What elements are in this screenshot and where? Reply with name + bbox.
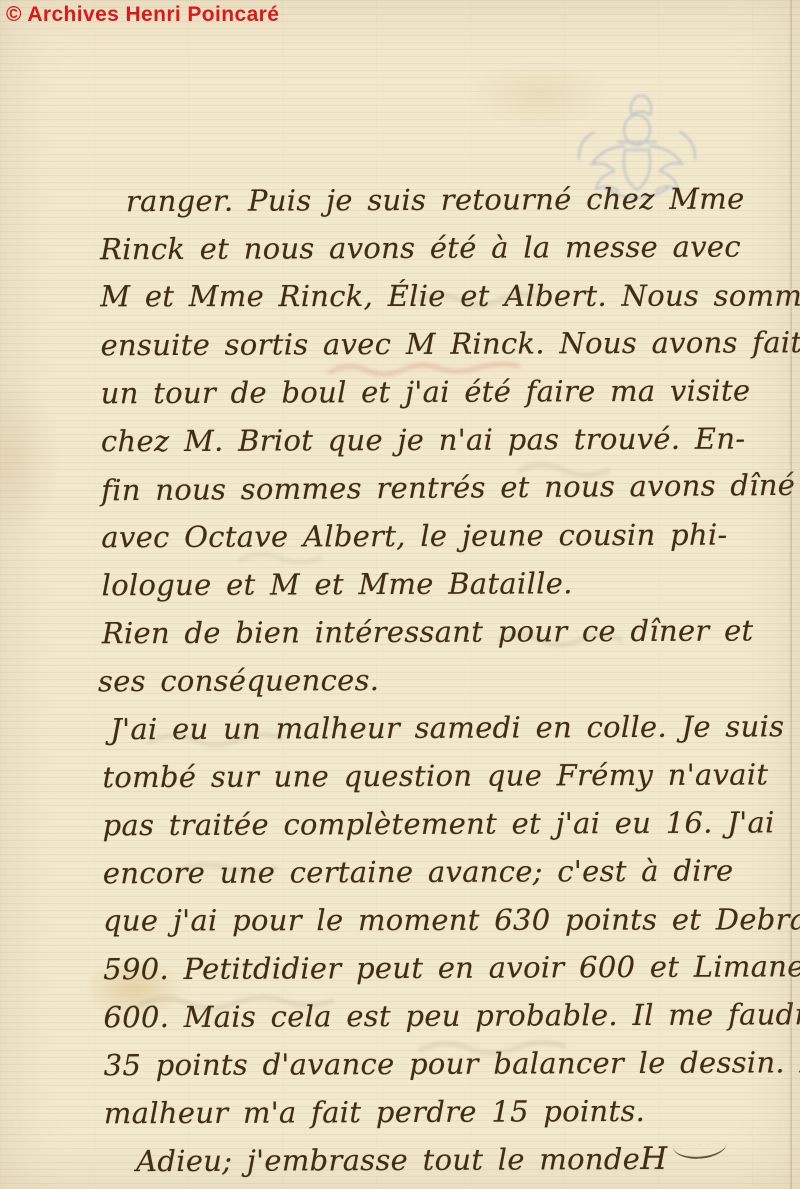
manuscript-line: J'ai eu un malheur samedi en colle. Je s… (0, 702, 800, 753)
closing-text: Adieu; j'embrasse tout le monde (136, 1135, 640, 1185)
manuscript-line: encore une certaine avance; c'est à dire (1, 846, 800, 897)
manuscript-line: ses conséquences. (0, 654, 800, 705)
letter-scan: © Archives Henri Poincaré (0, 0, 800, 1189)
manuscript-line: fin nous sommes rentrés et nous avons dî… (0, 461, 799, 515)
manuscript-line: chez M. Briot que je n'ai pas trouvé. En… (0, 414, 799, 465)
manuscript-line: ensuite sortis avec M Rinck. Nous avons … (0, 318, 799, 369)
signature-flourish (673, 1143, 728, 1161)
manuscript-line: 35 points d'avance pour balancer le dess… (2, 1038, 800, 1089)
manuscript-line: lologue et M et Mme Bataille. (0, 558, 800, 609)
manuscript-closing-line: Adieu; j'embrasse tout le monde H (2, 1134, 800, 1185)
manuscript-line: que j'ai pour le moment 630 points et De… (1, 895, 800, 944)
manuscript-line: malheur m'a fait perdre 15 points. (2, 1086, 800, 1137)
manuscript-line: M et Mme Rinck, Élie et Albert. Nous som… (0, 272, 798, 321)
paper-fold-line (789, 0, 792, 1189)
manuscript-text: ranger. Puis je suis retourné chez Mme R… (0, 174, 800, 1185)
manuscript-line: pas traitée complètement et j'ai eu 16. … (1, 798, 800, 849)
manuscript-line: 600. Mais cela est peu probable. Il me f… (1, 990, 800, 1041)
manuscript-line: un tour de boul et j'ai été faire ma vis… (0, 366, 799, 417)
manuscript-line: Rien de bien intéressant pour ce dîner e… (0, 606, 800, 657)
manuscript-line: 590. Petitdidier peut en avoir 600 et Li… (1, 942, 800, 993)
manuscript-line: avec Octave Albert, le jeune cousin phi- (0, 510, 799, 561)
manuscript-line: Rinck et nous avons été à la messe avec (0, 222, 798, 273)
manuscript-line: ranger. Puis je suis retourné chez Mme (0, 174, 798, 225)
signature-initial: H (640, 1135, 668, 1183)
manuscript-line: tombé sur une question que Frémy n'avait (0, 750, 800, 801)
